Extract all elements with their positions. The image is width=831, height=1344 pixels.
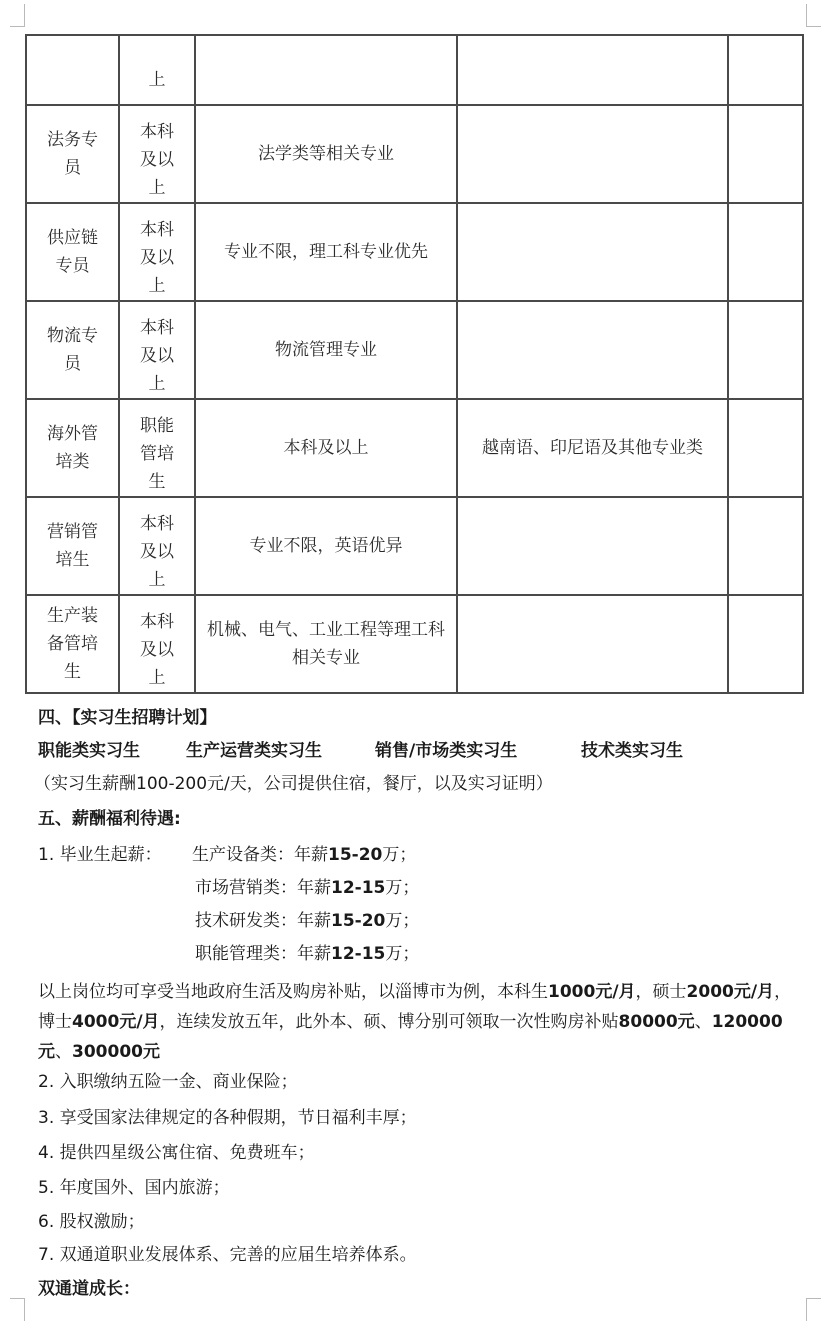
page-corner-mark — [806, 4, 821, 27]
note-cell — [728, 399, 803, 497]
section4-heading: 四、【实习生招聘计划】 — [38, 706, 217, 730]
major-cell — [195, 35, 457, 105]
position-cell: 生产装备管培生 — [26, 595, 119, 693]
section5-heading: 五、薪酬福利待遇: — [38, 807, 181, 831]
recruitment-table: 上 法务专员 本科及以上 法学类等相关专业 供应链专员 本科及以上 专业不限，理… — [25, 34, 804, 694]
page-corner-mark — [10, 1298, 25, 1321]
dual-channel-heading: 双通道成长： — [38, 1277, 140, 1301]
requirement-cell: 上 — [119, 35, 195, 105]
requirement-cell: 本科及以上 — [119, 301, 195, 399]
intern-category: 生产运营类实习生 — [186, 739, 322, 763]
note-cell — [728, 35, 803, 105]
subsidy-paragraph: 以上岗位均可享受当地政府生活及购房补贴，以淄博市为例，本科生1000元/月，硕士… — [38, 977, 798, 1067]
note-cell — [728, 105, 803, 203]
intern-category: 职能类实习生 — [38, 739, 140, 763]
position-cell: 法务专员 — [26, 105, 119, 203]
requirement-cell: 本科及以上 — [119, 595, 195, 693]
position-cell: 营销管培生 — [26, 497, 119, 595]
benefit-item: 5. 年度国外、国内旅游； — [38, 1176, 230, 1200]
note-cell — [728, 203, 803, 301]
language-cell — [457, 595, 728, 693]
benefit-item: 2. 入职缴纳五险一金、商业保险； — [38, 1070, 298, 1094]
benefit-item: 4. 提供四星级公寓住宿、免费班车； — [38, 1141, 315, 1165]
salary-row: 市场营销类：年薪12-15万； — [195, 876, 419, 900]
requirement-cell: 职能管培生 — [119, 399, 195, 497]
major-cell: 机械、电气、工业工程等理工科相关专业 — [195, 595, 457, 693]
major-cell: 本科及以上 — [195, 399, 457, 497]
major-cell: 专业不限，英语优异 — [195, 497, 457, 595]
position-cell: 物流专员 — [26, 301, 119, 399]
salary-intro: 1. 毕业生起薪： — [38, 843, 162, 867]
page-corner-mark — [10, 4, 25, 27]
major-cell: 法学类等相关专业 — [195, 105, 457, 203]
language-cell — [457, 301, 728, 399]
benefit-item: 6. 股权激励； — [38, 1210, 145, 1234]
requirement-cell: 本科及以上 — [119, 203, 195, 301]
note-cell — [728, 301, 803, 399]
table-row: 供应链专员 本科及以上 专业不限，理工科专业优先 — [26, 203, 803, 301]
requirement-cell: 本科及以上 — [119, 497, 195, 595]
major-cell: 专业不限，理工科专业优先 — [195, 203, 457, 301]
language-cell — [457, 35, 728, 105]
intern-category: 技术类实习生 — [581, 739, 683, 763]
language-cell — [457, 105, 728, 203]
benefit-item: 3. 享受国家法律规定的各种假期，节日福利丰厚； — [38, 1106, 417, 1130]
language-cell — [457, 497, 728, 595]
requirement-cell: 本科及以上 — [119, 105, 195, 203]
language-cell — [457, 203, 728, 301]
page-corner-mark — [806, 1298, 821, 1321]
major-cell: 物流管理专业 — [195, 301, 457, 399]
intern-category: 销售/市场类实习生 — [375, 739, 517, 763]
table-row: 法务专员 本科及以上 法学类等相关专业 — [26, 105, 803, 203]
table-row: 海外管培类 职能管培生 本科及以上 越南语、印尼语及其他专业类 — [26, 399, 803, 497]
table-row: 物流专员 本科及以上 物流管理专业 — [26, 301, 803, 399]
position-cell — [26, 35, 119, 105]
table-row: 营销管培生 本科及以上 专业不限，英语优异 — [26, 497, 803, 595]
table-row: 上 — [26, 35, 803, 105]
intern-note: （实习生薪酬100-200元/天，公司提供住宿，餐厅，以及实习证明） — [34, 772, 553, 796]
language-cell: 越南语、印尼语及其他专业类 — [457, 399, 728, 497]
salary-row: 职能管理类：年薪12-15万； — [195, 942, 419, 966]
salary-row: 技术研发类：年薪15-20万； — [195, 909, 419, 933]
note-cell — [728, 497, 803, 595]
salary-row: 生产设备类：年薪15-20万； — [192, 843, 416, 867]
table-row: 生产装备管培生 本科及以上 机械、电气、工业工程等理工科相关专业 — [26, 595, 803, 693]
benefit-item: 7. 双通道职业发展体系、完善的应届生培养体系。 — [38, 1243, 417, 1267]
position-cell: 供应链专员 — [26, 203, 119, 301]
position-cell: 海外管培类 — [26, 399, 119, 497]
note-cell — [728, 595, 803, 693]
